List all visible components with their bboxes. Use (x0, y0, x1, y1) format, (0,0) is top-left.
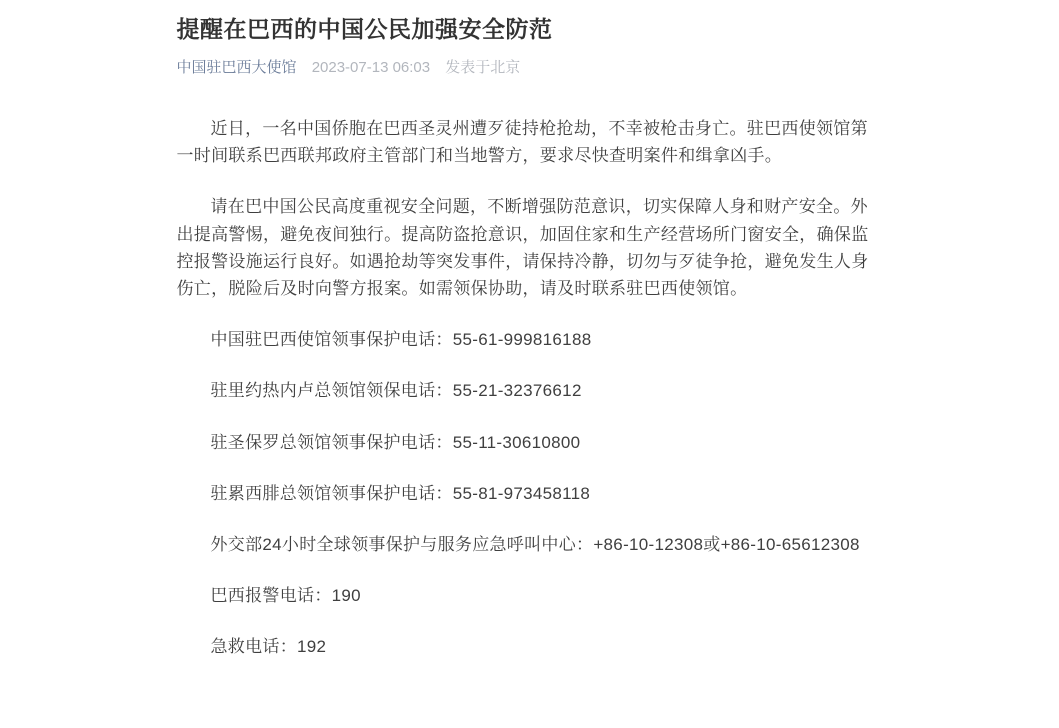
contact-colon: ： (280, 637, 297, 656)
contact-line: 驻里约热内卢总领馆领保电话：55-21-32376612 (177, 377, 883, 404)
byline: 中国驻巴西大使馆 2023-07-13 06:03 发表于北京 (177, 57, 883, 78)
contact-number: +86-10-12308或+86-10-65612308 (593, 535, 859, 554)
contact-number: 192 (297, 637, 326, 656)
publish-location: 发表于北京 (445, 59, 520, 76)
contact-colon: ： (435, 381, 452, 400)
contact-number: 55-81-973458118 (453, 484, 590, 503)
contact-label: 中国驻巴西使馆领事保护电话 (211, 330, 436, 349)
contact-label: 驻圣保罗总领馆领事保护电话 (211, 433, 436, 452)
contact-colon: ： (435, 433, 452, 452)
page-title: 提醒在巴西的中国公民加强安全防范 (177, 14, 883, 45)
contact-number: 190 (332, 586, 361, 605)
contact-colon: ： (435, 484, 452, 503)
paragraph-advice: 请在巴中国公民高度重视安全问题，不断增强防范意识，切实保障人身和财产安全。外出提… (177, 193, 883, 302)
contact-line: 巴西报警电话：190 (177, 582, 883, 609)
contact-line: 驻累西腓总领馆领事保护电话：55-81-973458118 (177, 480, 883, 507)
contact-colon: ： (576, 535, 593, 554)
contact-number: 55-61-999816188 (453, 330, 592, 349)
contact-label: 外交部24小时全球领事保护与服务应急呼叫中心 (211, 535, 577, 554)
contact-line: 驻圣保罗总领馆领事保护电话：55-11-30610800 (177, 429, 883, 456)
account-name-link[interactable]: 中国驻巴西大使馆 (177, 59, 297, 76)
contact-colon: ： (435, 330, 452, 349)
contact-line: 外交部24小时全球领事保护与服务应急呼叫中心：+86-10-12308或+86-… (177, 531, 883, 558)
article-container: 提醒在巴西的中国公民加强安全防范 中国驻巴西大使馆 2023-07-13 06:… (177, 0, 883, 660)
contact-line: 中国驻巴西使馆领事保护电话：55-61-999816188 (177, 326, 883, 353)
publish-time: 2023-07-13 06:03 (312, 59, 430, 76)
contact-label: 驻累西腓总领馆领事保护电话 (211, 484, 436, 503)
contact-colon: ： (314, 586, 331, 605)
contact-label: 巴西报警电话 (211, 586, 315, 605)
contact-label: 急救电话 (211, 637, 280, 656)
contact-number: 55-11-30610800 (453, 433, 581, 452)
contact-line: 急救电话：192 (177, 633, 883, 660)
contact-label: 驻里约热内卢总领馆领保电话 (211, 381, 436, 400)
paragraph-incident: 近日，一名中国侨胞在巴西圣灵州遭歹徒持枪抢劫，不幸被枪击身亡。驻巴西使领馆第一时… (177, 115, 883, 169)
contact-number: 55-21-32376612 (453, 381, 582, 400)
article-body: 近日，一名中国侨胞在巴西圣灵州遭歹徒持枪抢劫，不幸被枪击身亡。驻巴西使领馆第一时… (177, 115, 883, 660)
